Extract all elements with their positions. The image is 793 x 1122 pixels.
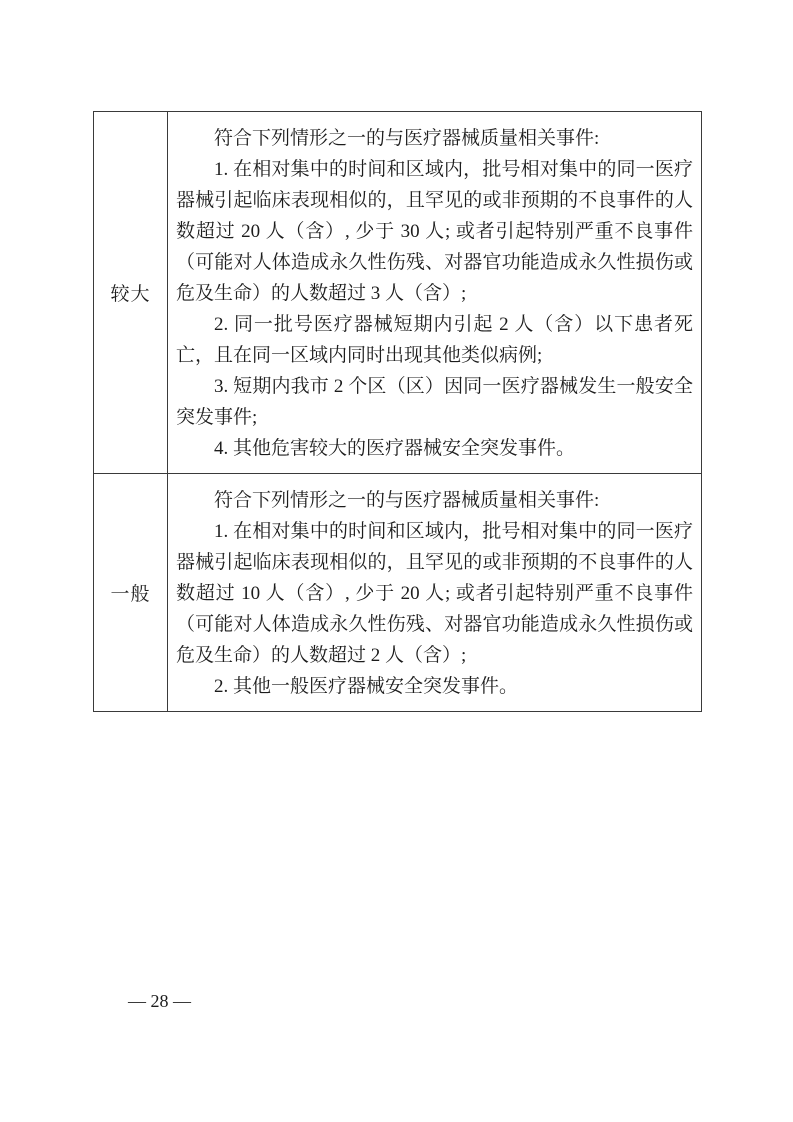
table-row-general: 一般 符合下列情形之一的与医疗器械质量相关事件: 1. 在相对集中的时间和区域内… (94, 473, 701, 711)
criteria-paragraph: 1. 在相对集中的时间和区域内，批号相对集中的同一医疗器械引起临床表现相似的，且… (176, 516, 693, 671)
table-row-major: 较大 符合下列情形之一的与医疗器械质量相关事件: 1. 在相对集中的时间和区域内… (94, 112, 701, 473)
criteria-paragraph: 2. 同一批号医疗器械短期内引起 2 人（含）以下患者死亡，且在同一区域内同时出… (176, 309, 693, 371)
criteria-paragraph: 3. 短期内我市 2 个区（区）因同一医疗器械发生一般安全突发事件; (176, 371, 693, 433)
criteria-paragraph: 4. 其他危害较大的医疗器械安全突发事件。 (176, 433, 693, 464)
page-number: — 28 — (128, 991, 191, 1012)
severity-label-major: 较大 (94, 112, 168, 473)
criteria-paragraph: 符合下列情形之一的与医疗器械质量相关事件: (176, 485, 693, 516)
criteria-paragraph: 符合下列情形之一的与医疗器械质量相关事件: (176, 123, 693, 154)
criteria-paragraph: 1. 在相对集中的时间和区域内，批号相对集中的同一医疗器械引起临床表现相似的，且… (176, 154, 693, 309)
criteria-cell-major: 符合下列情形之一的与医疗器械质量相关事件: 1. 在相对集中的时间和区域内，批号… (168, 112, 701, 473)
severity-label-general: 一般 (94, 474, 168, 711)
criteria-paragraph: 2. 其他一般医疗器械安全突发事件。 (176, 671, 693, 702)
severity-criteria-table: 较大 符合下列情形之一的与医疗器械质量相关事件: 1. 在相对集中的时间和区域内… (93, 111, 702, 712)
criteria-cell-general: 符合下列情形之一的与医疗器械质量相关事件: 1. 在相对集中的时间和区域内，批号… (168, 474, 701, 711)
document-page: 较大 符合下列情形之一的与医疗器械质量相关事件: 1. 在相对集中的时间和区域内… (0, 0, 793, 1122)
